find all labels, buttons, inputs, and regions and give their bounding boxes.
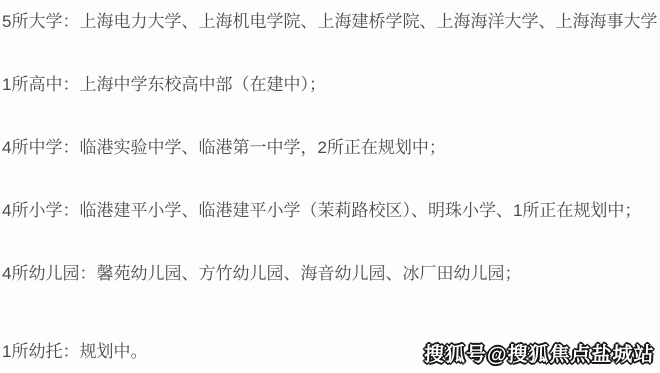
high-school-line: 1所高中：上海中学东校高中部（在建中）； [2, 75, 660, 94]
middle-schools-line: 4所中学：临港实验中学、临港第一中学，2所正在规划中； [2, 138, 660, 157]
kindergartens-line: 4所幼儿园：馨苑幼儿园、方竹幼儿园、海音幼儿园、冰厂田幼儿园； [2, 264, 660, 283]
school-list-article: 5所大学：上海电力大学、上海机电学院、上海建桥学院、上海海洋大学、上海海事大学；… [0, 0, 660, 361]
primary-schools-line: 4所小学：临港建平小学、临港建平小学（茉莉路校区）、明珠小学、1所正在规划中； [2, 201, 660, 220]
universities-line: 5所大学：上海电力大学、上海机电学院、上海建桥学院、上海海洋大学、上海海事大学； [2, 12, 660, 31]
sohu-watermark: 搜狐号@搜狐焦点盐城站 [424, 338, 656, 367]
